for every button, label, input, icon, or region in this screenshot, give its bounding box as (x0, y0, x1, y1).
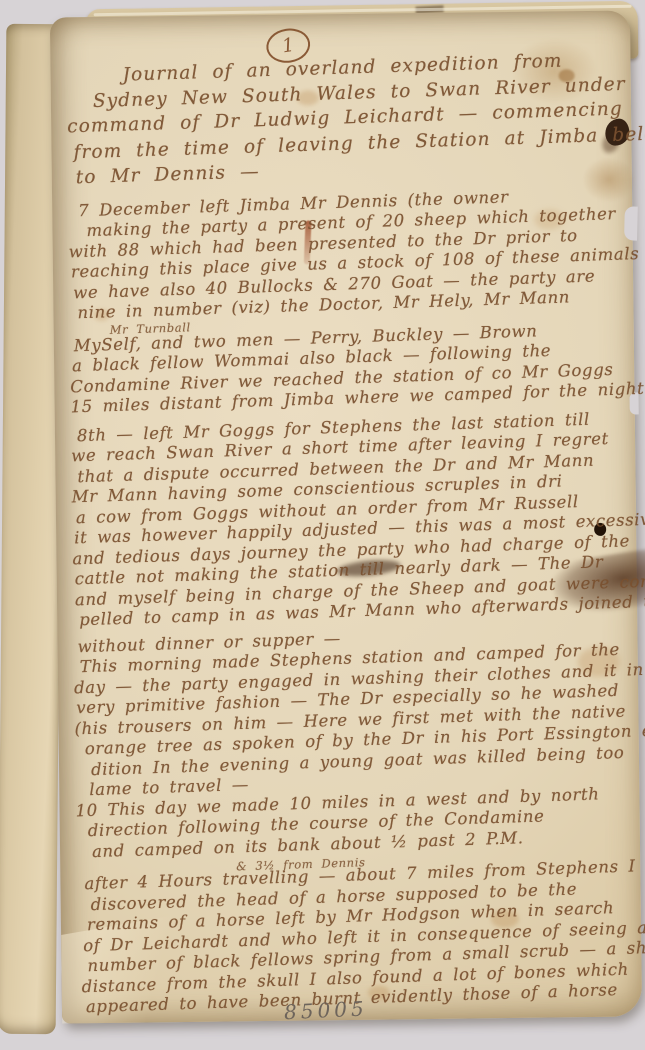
scanned-manuscript-photo: 1 Journal of an overland expedition from… (0, 0, 645, 1050)
manuscript-text: Journal of an overland expedition fromSy… (66, 57, 634, 1019)
page-number: 1 (281, 34, 296, 58)
catalog-number: 85005 (284, 996, 369, 1024)
manuscript-page: 1 Journal of an overland expedition from… (50, 10, 642, 1023)
torn-edge-notch (624, 206, 638, 240)
